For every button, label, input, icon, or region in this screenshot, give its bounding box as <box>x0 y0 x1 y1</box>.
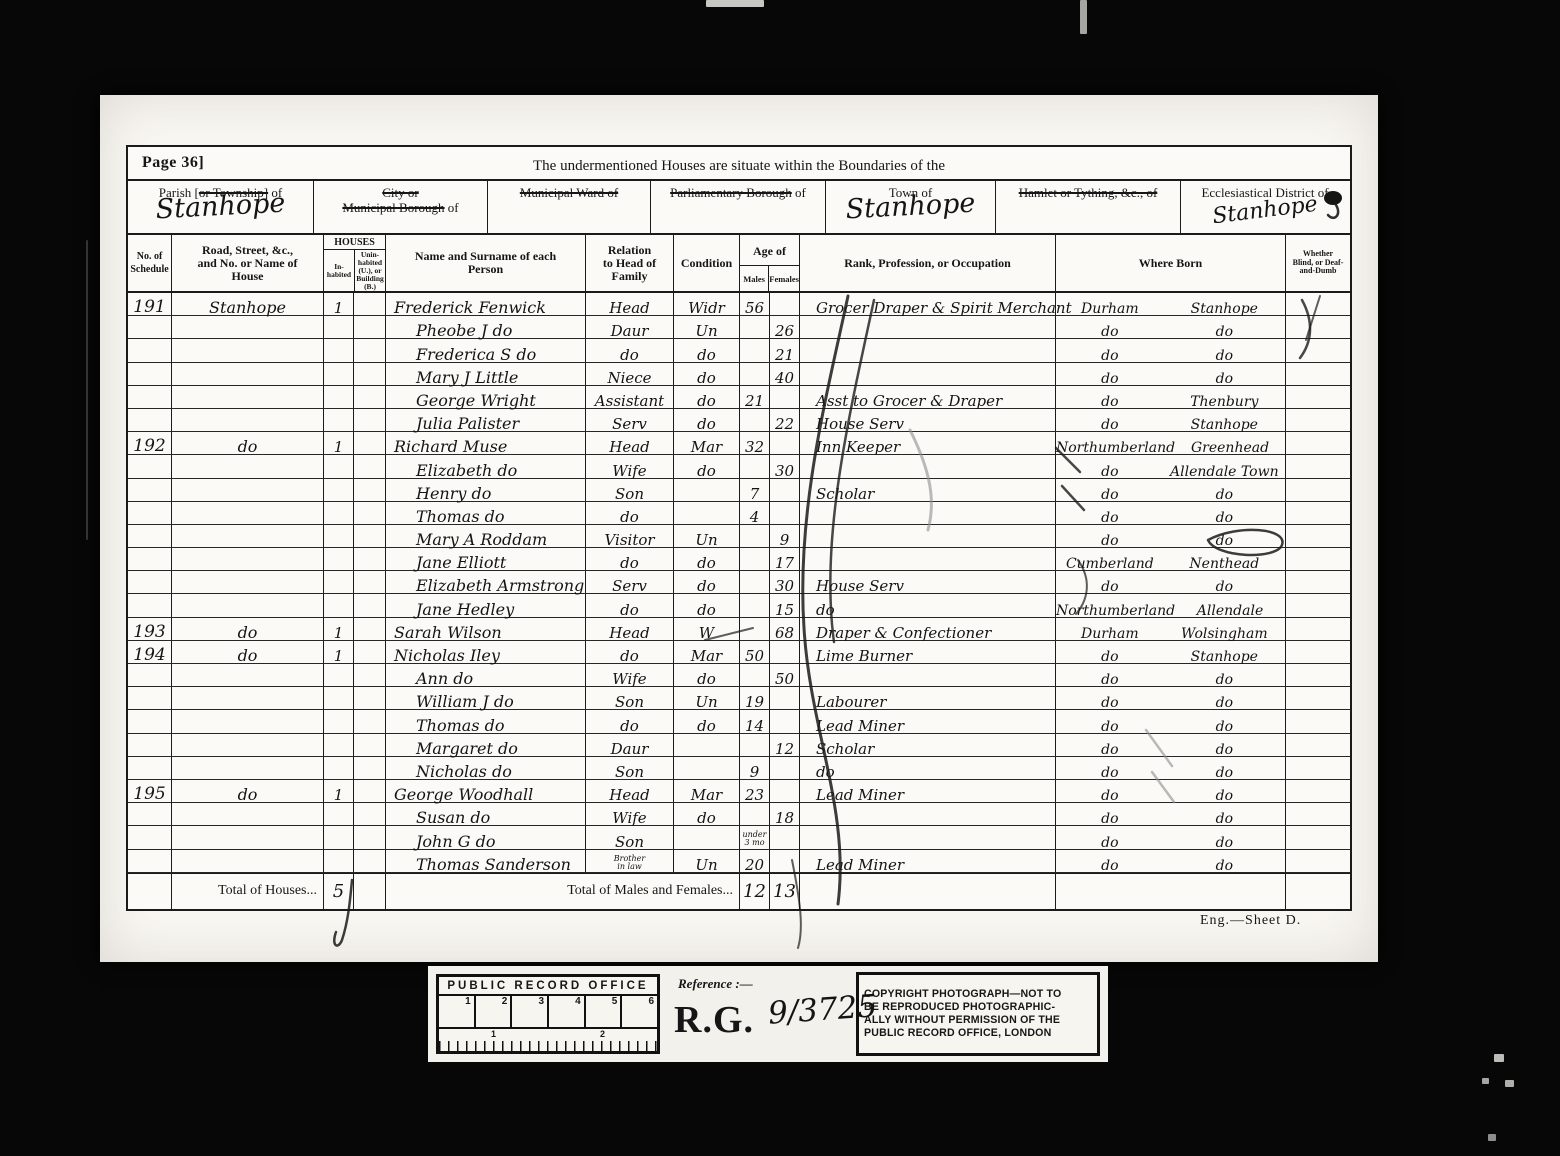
cell-schedule <box>128 409 172 431</box>
district-label-struck: Municipal Borough <box>342 200 444 215</box>
cell-text: Assistant <box>595 392 664 410</box>
cell-text: House Serv <box>816 577 904 595</box>
cell-age-male <box>740 734 770 756</box>
cell-age-male: 32 <box>740 432 770 454</box>
born-county: do <box>1056 324 1164 340</box>
cell-age-male: 14 <box>740 710 770 732</box>
col-condition: Condition <box>674 235 740 291</box>
cell-text: Sarah Wilson <box>394 623 502 642</box>
cell-text: Draper & Confectioner <box>816 624 991 642</box>
cell-uninhabited <box>354 548 386 570</box>
cell-age-female <box>770 502 800 524</box>
cell-text: 20 <box>745 856 764 874</box>
cell-text: 194 <box>133 645 165 665</box>
cell-inhabited <box>324 571 354 593</box>
district-cell: Ecclesiastical District ofStanhope <box>1181 181 1349 233</box>
born-county: do <box>1056 417 1164 433</box>
born-place: Stanhope <box>1164 649 1285 665</box>
cell-blind <box>1286 594 1350 616</box>
table-row: Frederica S dododo21dodo <box>128 339 1350 362</box>
cell-name: John G do <box>386 826 586 848</box>
cell-schedule: 194 <box>128 641 172 663</box>
cell-name: Ann do <box>386 664 586 686</box>
cell-text: Brother in law <box>614 855 645 871</box>
cell-where-born: dodo <box>1056 757 1286 779</box>
cell-text: do <box>697 462 716 480</box>
cell-relation: Assistant <box>586 386 674 408</box>
cell-text: Wife <box>612 809 646 827</box>
cell-condition <box>674 757 740 779</box>
cell-schedule <box>128 687 172 709</box>
cell-age-male: under 3 mo <box>740 826 770 848</box>
cell-inhabited <box>324 687 354 709</box>
district-label-struck: Parliamentary Borough <box>670 185 792 200</box>
cell-text: do <box>697 577 716 595</box>
cell-name: Jane Elliott <box>386 548 586 570</box>
cell-uninhabited <box>354 710 386 732</box>
cell-where-born: dodo <box>1056 734 1286 756</box>
cell-uninhabited <box>354 502 386 524</box>
cell-blind <box>1286 618 1350 640</box>
born-place: do <box>1164 371 1285 387</box>
cell-name: Frederick Fenwick <box>386 293 586 315</box>
cell-text: Pheobe J do <box>416 321 512 340</box>
cell-uninhabited <box>354 618 386 640</box>
ruler-inch-mark: 2 <box>476 996 513 1027</box>
cell-name: Mary A Roddam <box>386 525 586 547</box>
cell-age-male: 7 <box>740 479 770 501</box>
cell-road <box>172 850 324 872</box>
cell-occupation <box>800 455 1056 477</box>
ruler-centimetres: 12 <box>439 1027 657 1051</box>
cell-occupation: Scholar <box>800 734 1056 756</box>
cell-relation: do <box>586 548 674 570</box>
cell-text: do <box>697 415 716 433</box>
table-row: Julia PalisterServdo22House ServdoStanho… <box>128 409 1350 432</box>
col-schedule: No. of Schedule <box>128 235 172 291</box>
cell-uninhabited <box>354 641 386 663</box>
cell-relation: do <box>586 594 674 616</box>
table-row: Ann doWifedo50dodo <box>128 664 1350 687</box>
born-county: do <box>1056 858 1164 874</box>
cell-text: Lime Burner <box>816 647 912 665</box>
cell-text: Julia Palister <box>416 414 519 433</box>
cell-text: do <box>620 554 639 572</box>
cell-road <box>172 664 324 686</box>
cell-occupation: Lime Burner <box>800 641 1056 663</box>
cell-text: Head <box>609 624 650 642</box>
film-speck <box>1482 1078 1489 1084</box>
cell-inhabited <box>324 734 354 756</box>
cell-age-male: 4 <box>740 502 770 524</box>
cell-age-female: 21 <box>770 339 800 361</box>
born-county: Northumberland <box>1056 440 1175 456</box>
cell-age-female: 50 <box>770 664 800 686</box>
cell-where-born: doThenbury <box>1056 386 1286 408</box>
cell-uninhabited <box>354 339 386 361</box>
cell-uninhabited <box>354 293 386 315</box>
cell-blind <box>1286 432 1350 454</box>
cell-schedule <box>128 316 172 338</box>
cell-age-male <box>740 618 770 640</box>
table-row: Jane Hedleydodo15doNorthumberlandAllenda… <box>128 594 1350 617</box>
cell-text: Serv <box>612 415 647 433</box>
cell-age-male <box>740 409 770 431</box>
born-county: do <box>1056 533 1164 549</box>
cell-uninhabited <box>354 432 386 454</box>
cell-name: Thomas do <box>386 710 586 732</box>
film-speck <box>706 0 764 7</box>
cell-condition: Widr <box>674 293 740 315</box>
pro-ruler-box: PUBLIC RECORD OFFICE 123456 12 <box>436 974 660 1054</box>
table-row: Susan doWifedo18dodo <box>128 803 1350 826</box>
cell-condition: do <box>674 594 740 616</box>
title-row: Page 36] The undermentioned Houses are s… <box>128 147 1350 181</box>
cell-uninhabited <box>354 826 386 848</box>
cell-text: do <box>620 508 639 526</box>
district-handwritten-value: Stanhope <box>128 194 314 219</box>
cell-road <box>172 525 324 547</box>
born-place: do <box>1164 324 1285 340</box>
cell-uninhabited <box>354 803 386 825</box>
cell-occupation <box>800 826 1056 848</box>
cell-occupation: Lead Miner <box>800 710 1056 732</box>
film-speck <box>1080 0 1087 34</box>
cell-road <box>172 502 324 524</box>
column-header-row: No. of Schedule Road, Street, &c., and N… <box>128 235 1350 293</box>
cell-inhabited <box>324 363 354 385</box>
cell-text: Widr <box>688 299 725 317</box>
col-females: Females <box>769 266 799 291</box>
cell-age-female <box>770 850 800 872</box>
cell-blind <box>1286 826 1350 848</box>
cell-text: do <box>697 392 716 410</box>
cell-text: George Wright <box>416 391 536 410</box>
cell-occupation: Grocer Draper & Spirit Merchant <box>800 293 1056 315</box>
public-record-office-stamp: PUBLIC RECORD OFFICE 123456 12 Reference… <box>428 966 1108 1062</box>
cell-text: Daur <box>611 740 649 758</box>
table-row: John G doSonunder 3 mododo <box>128 826 1350 849</box>
born-county: do <box>1056 371 1164 387</box>
cell-occupation: do <box>800 594 1056 616</box>
sheet-note: Eng.—Sheet D. <box>1200 913 1301 929</box>
cell-text: Richard Muse <box>394 437 507 456</box>
cell-name: Pheobe J do <box>386 316 586 338</box>
cell-text: 21 <box>745 392 764 410</box>
cell-blind <box>1286 757 1350 779</box>
ruler-inches: 123456 <box>439 994 657 1027</box>
born-place: Stanhope <box>1164 417 1285 433</box>
copyright-line: PUBLIC RECORD OFFICE, LONDON <box>864 1027 1092 1040</box>
district-label: City orMunicipal Borough of <box>314 185 487 215</box>
cell-age-female <box>770 780 800 802</box>
born-place: do <box>1164 533 1285 549</box>
cell-text: Jane Hedley <box>416 600 514 619</box>
cell-schedule <box>128 479 172 501</box>
cell-text: 18 <box>775 809 794 827</box>
cell-text: Scholar <box>816 485 874 503</box>
totals-spacer <box>800 874 1056 909</box>
cell-condition: do <box>674 710 740 732</box>
cell-schedule: 192 <box>128 432 172 454</box>
born-place: do <box>1164 579 1285 595</box>
born-county: Northumberland <box>1056 603 1175 619</box>
cell-uninhabited <box>354 734 386 756</box>
cell-where-born: dodo <box>1056 479 1286 501</box>
cell-text: Jane Elliott <box>416 553 506 572</box>
cell-text: 56 <box>745 299 764 317</box>
cell-age-female: 30 <box>770 571 800 593</box>
cell-occupation: Inn Keeper <box>800 432 1056 454</box>
district-cell: Town ofStanhope <box>826 181 996 233</box>
cell-age-male: 9 <box>740 757 770 779</box>
cell-condition: do <box>674 455 740 477</box>
born-county: do <box>1056 742 1164 758</box>
born-county: do <box>1056 579 1164 595</box>
cell-where-born: DurhamWolsingham <box>1056 618 1286 640</box>
census-entries: 191Stanhope1Frederick FenwickHeadWidr56G… <box>128 293 1350 873</box>
cell-age-female: 12 <box>770 734 800 756</box>
cell-uninhabited <box>354 409 386 431</box>
cell-condition: Mar <box>674 780 740 802</box>
ruler-cm-label: 1 <box>439 1029 548 1039</box>
cell-schedule <box>128 363 172 385</box>
cell-inhabited: 1 <box>324 780 354 802</box>
cell-where-born: dodo <box>1056 664 1286 686</box>
cell-name: Nicholas do <box>386 757 586 779</box>
district-label-struck: City or <box>382 185 418 200</box>
col-age: Age of Males Females <box>740 235 800 291</box>
cell-text: 17 <box>775 554 794 572</box>
cell-road: Stanhope <box>172 293 324 315</box>
cell-occupation <box>800 548 1056 570</box>
born-county: do <box>1056 719 1164 735</box>
cell-road <box>172 386 324 408</box>
cell-text: Head <box>609 786 650 804</box>
district-cell: Hamlet or Tything, &c., of <box>996 181 1181 233</box>
cell-text: Henry do <box>416 484 491 503</box>
cell-name: Thomas do <box>386 502 586 524</box>
cell-inhabited <box>324 826 354 848</box>
cell-condition: Un <box>674 525 740 547</box>
cell-where-born: dodo <box>1056 850 1286 872</box>
totals-row: Total of Houses... 5 Total of Males and … <box>128 873 1350 909</box>
cell-blind <box>1286 455 1350 477</box>
cell-occupation: do <box>800 757 1056 779</box>
cell-blind <box>1286 293 1350 315</box>
cell-text: John G do <box>416 832 495 851</box>
district-label-text: of <box>792 185 806 200</box>
cell-age-female: 18 <box>770 803 800 825</box>
cell-schedule <box>128 571 172 593</box>
cell-condition: do <box>674 803 740 825</box>
cell-text: 40 <box>775 369 794 387</box>
born-place: do <box>1164 788 1285 804</box>
table-row: Thomas SandersonBrother in lawUn20Lead M… <box>128 850 1350 873</box>
cell-text: Lead Miner <box>816 856 904 874</box>
col-males: Males <box>740 266 769 291</box>
cell-condition: do <box>674 363 740 385</box>
cell-schedule <box>128 664 172 686</box>
born-county: do <box>1056 510 1164 526</box>
cell-road <box>172 455 324 477</box>
cell-text: 192 <box>133 436 165 456</box>
cell-relation: Son <box>586 826 674 848</box>
cell-text: 1 <box>334 299 344 317</box>
cell-text: do <box>238 437 258 456</box>
cell-relation: Son <box>586 687 674 709</box>
cell-text: 30 <box>775 577 794 595</box>
reference-label: Reference :— <box>678 976 753 992</box>
cell-occupation: Lead Miner <box>800 780 1056 802</box>
born-place: Nenthead <box>1164 556 1285 572</box>
cell-name: Elizabeth Armstrong <box>386 571 586 593</box>
cell-blind <box>1286 803 1350 825</box>
cell-schedule <box>128 850 172 872</box>
cell-text: Un <box>695 531 717 549</box>
cell-age-female: 68 <box>770 618 800 640</box>
cell-text: Son <box>615 833 644 851</box>
born-county: do <box>1056 835 1164 851</box>
born-county: Durham <box>1056 301 1164 317</box>
table-row: 194do1Nicholas IleydoMar50Lime BurnerdoS… <box>128 641 1350 664</box>
born-place: Wolsingham <box>1164 626 1285 642</box>
born-county: do <box>1056 464 1164 480</box>
cell-text: George Woodhall <box>394 785 533 804</box>
cell-text: 1 <box>334 786 344 804</box>
district-label: Parliamentary Borough of <box>651 185 825 200</box>
born-place: do <box>1164 510 1285 526</box>
cell-text: 7 <box>750 485 760 503</box>
cell-uninhabited <box>354 757 386 779</box>
cell-inhabited <box>324 479 354 501</box>
cell-relation: Head <box>586 780 674 802</box>
cell-blind <box>1286 780 1350 802</box>
copyright-notice: COPYRIGHT PHOTOGRAPH—NOT TOBE REPRODUCED… <box>856 972 1100 1056</box>
cell-uninhabited <box>354 455 386 477</box>
cell-inhabited <box>324 757 354 779</box>
cell-text: Mar <box>691 438 722 456</box>
born-place: do <box>1164 695 1285 711</box>
cell-text: Lead Miner <box>816 717 904 735</box>
cell-relation: Wife <box>586 455 674 477</box>
cell-inhabited <box>324 594 354 616</box>
born-place: do <box>1164 765 1285 781</box>
cell-uninhabited <box>354 850 386 872</box>
cell-text: Frederick Fenwick <box>394 298 546 317</box>
district-cell: City orMunicipal Borough of <box>314 181 488 233</box>
cell-relation: Head <box>586 432 674 454</box>
cell-inhabited <box>324 316 354 338</box>
cell-text: under 3 mo <box>743 831 767 847</box>
cell-relation: Visitor <box>586 525 674 547</box>
born-county: Cumberland <box>1056 556 1164 572</box>
cell-age-female <box>770 757 800 779</box>
cell-occupation: Asst to Grocer & Draper <box>800 386 1056 408</box>
cell-occupation: House Serv <box>800 409 1056 431</box>
cell-age-male: 20 <box>740 850 770 872</box>
cell-age-female <box>770 710 800 732</box>
cell-where-born: dodo <box>1056 525 1286 547</box>
copyright-line: BE REPRODUCED PHOTOGRAPHIC- <box>864 1001 1092 1014</box>
table-row: Thomas dododo14Lead Minerdodo <box>128 710 1350 733</box>
cell-age-female: 15 <box>770 594 800 616</box>
cell-uninhabited <box>354 479 386 501</box>
cell-uninhabited <box>354 664 386 686</box>
cell-condition <box>674 502 740 524</box>
film-speck <box>1494 1054 1504 1062</box>
cell-text: Un <box>695 322 717 340</box>
cell-text: 195 <box>133 784 165 804</box>
cell-where-born: doStanhope <box>1056 641 1286 663</box>
cell-relation: Serv <box>586 571 674 593</box>
cell-text: Labourer <box>816 693 886 711</box>
cell-where-born: doAllendale Town <box>1056 455 1286 477</box>
cell-age-male <box>740 548 770 570</box>
cell-road <box>172 571 324 593</box>
table-row: Mary J LittleNiecedo40dodo <box>128 363 1350 386</box>
cell-road: do <box>172 641 324 663</box>
cell-text: Serv <box>612 577 647 595</box>
cell-age-male <box>740 594 770 616</box>
table-row: 192do1Richard MuseHeadMar32Inn KeeperNor… <box>128 432 1350 455</box>
born-county: Durham <box>1056 626 1164 642</box>
cell-text: do <box>238 646 258 665</box>
cell-name: Elizabeth do <box>386 455 586 477</box>
col-relation: Relation to Head of Family <box>586 235 674 291</box>
cell-blind <box>1286 734 1350 756</box>
cell-text: 12 <box>775 740 794 758</box>
table-row: Margaret doDaur12Scholardodo <box>128 734 1350 757</box>
born-place: do <box>1164 811 1285 827</box>
cell-occupation: Labourer <box>800 687 1056 709</box>
cell-road <box>172 479 324 501</box>
cell-age-male: 19 <box>740 687 770 709</box>
cell-where-born: dodo <box>1056 780 1286 802</box>
cell-occupation <box>800 525 1056 547</box>
cell-text: do <box>816 601 835 619</box>
cell-condition: Mar <box>674 432 740 454</box>
cell-text: Mar <box>691 647 722 665</box>
cell-schedule <box>128 386 172 408</box>
cell-name: Nicholas Iley <box>386 641 586 663</box>
cell-schedule: 191 <box>128 293 172 315</box>
cell-relation: Wife <box>586 803 674 825</box>
cell-text: Lead Miner <box>816 786 904 804</box>
cell-blind <box>1286 386 1350 408</box>
born-place: do <box>1164 742 1285 758</box>
cell-text: 50 <box>775 670 794 688</box>
total-males-value: 12 <box>740 874 770 909</box>
copyright-line: COPYRIGHT PHOTOGRAPH—NOT TO <box>864 988 1092 1001</box>
cell-text: Wife <box>612 462 646 480</box>
col-houses-title: HOUSES <box>334 235 375 249</box>
cell-text: Mary A Roddam <box>416 530 547 549</box>
cell-schedule <box>128 757 172 779</box>
ruler-cm-label: 2 <box>548 1029 657 1039</box>
cell-occupation <box>800 363 1056 385</box>
cell-text: Thomas do <box>416 716 505 735</box>
born-place: do <box>1164 672 1285 688</box>
pro-title: PUBLIC RECORD OFFICE <box>439 977 657 994</box>
cell-uninhabited <box>354 525 386 547</box>
copyright-line: ALLY WITHOUT PERMISSION OF THE <box>864 1014 1092 1027</box>
reference-zone: Reference :— R.G. 9/3725 <box>660 966 856 1062</box>
born-place: do <box>1164 835 1285 851</box>
total-houses-label: Total of Houses... <box>172 874 324 909</box>
cell-inhabited <box>324 710 354 732</box>
cell-text: do <box>620 346 639 364</box>
